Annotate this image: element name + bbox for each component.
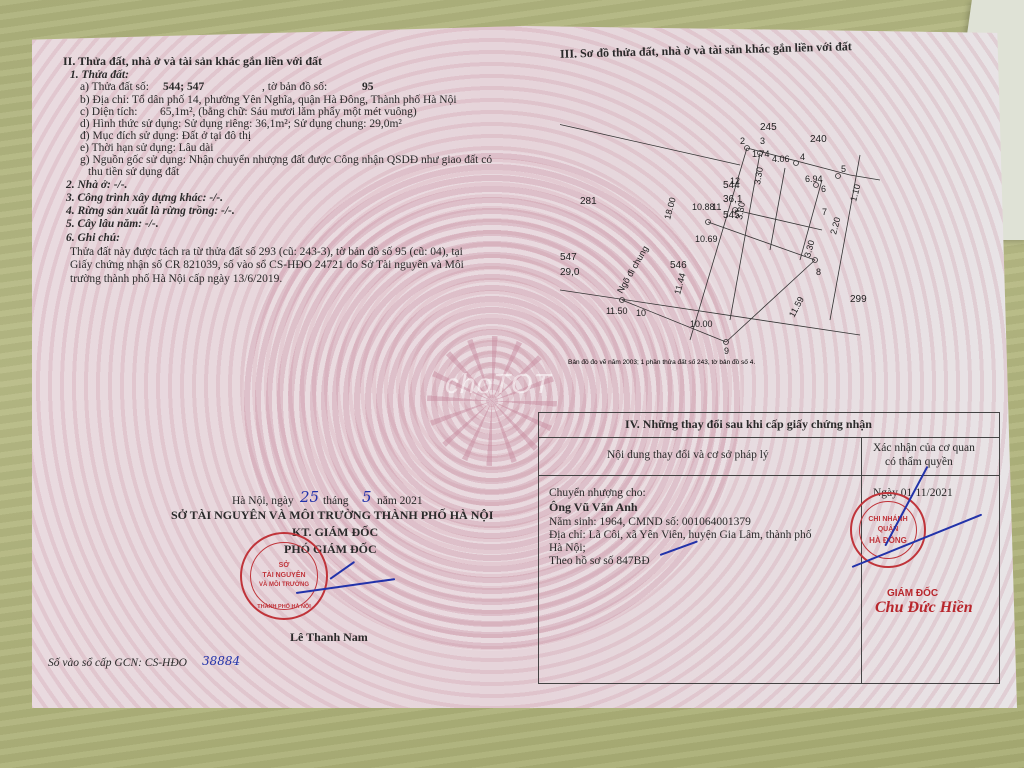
section2-heading: II. Thửa đất, nhà ở và tài sản khác gắn … (63, 55, 322, 68)
neighbor-parcel-240: 240 (810, 134, 827, 145)
col-confirm-header-1: Xác nhận của cơ quan (873, 442, 975, 455)
point-4: 4 (800, 152, 805, 162)
point-5: 5 (841, 164, 846, 174)
parcel-sketch-diagram: 245 240 281 299 544 36,1 545 546 547 29,… (560, 120, 920, 380)
edge-3-30-a: 3.30 (752, 166, 765, 185)
director-name: Chu Đức Hiền (875, 601, 973, 614)
transferee-name: Ông Vũ Văn Anh (549, 501, 638, 514)
agency-red-stamp: SỞ TÀI NGUYÊN VÀ MÔI TRƯỜNG THÀNH PHỐ HÀ… (240, 532, 328, 620)
stamp-ring-text: THÀNH PHỐ HÀ NỘI (242, 604, 326, 610)
issue-year: năm 2021 (377, 495, 423, 508)
col-content-header: Nội dung thay đổi và cơ sở pháp lý (607, 449, 769, 462)
point-1: 1 (606, 306, 611, 316)
map-sheet-value: 95 (362, 81, 374, 94)
edge-4-06: 4.06 (772, 154, 790, 164)
month-label: tháng (323, 495, 349, 508)
transfer-label: Chuyển nhượng cho: (549, 487, 646, 500)
edge-1-74: 1.74 (752, 149, 770, 159)
changes-table-header-row: Nội dung thay đổi và cơ sở pháp lý Xác n… (539, 437, 999, 476)
edge-18-00: 18.00 (662, 196, 677, 220)
map-sheet-label: , tờ bản đồ số: (262, 81, 327, 94)
point-2: 2 (740, 136, 745, 146)
issuing-agency: SỞ TÀI NGUYÊN VÀ MÔI TRƯỜNG THÀNH PHỐ HÀ… (171, 509, 493, 522)
parcel-number-label: a) Thửa đất số: (80, 81, 149, 94)
neighbor-parcel-299: 299 (850, 294, 867, 305)
signer-name: Lê Thanh Nam (290, 631, 368, 644)
issue-day: 25 (300, 491, 319, 504)
transferee-address-2: Hà Nội; (549, 542, 586, 555)
point-11: 11 (712, 202, 721, 212)
stamp-text-3: VÀ MÔI TRƯỜNG (242, 582, 326, 588)
perennial-line: 5. Cây lâu năm: -/-. (66, 218, 159, 231)
edge-1-10: 1.10 (848, 183, 862, 203)
neighbor-parcel-245: 245 (760, 122, 777, 133)
col-confirm-header-2: có thẩm quyền (885, 456, 953, 469)
point-10: 10 (636, 308, 646, 318)
registry-number: 38884 (202, 655, 240, 668)
point-7: 7 (822, 207, 827, 217)
point-3: 3 (760, 136, 765, 146)
parcel-546-id: 546 (670, 260, 687, 271)
sketch-footnote: Bản đồ đo vẽ năm 2003; 1 phần thửa đất s… (568, 357, 755, 366)
transferee-address-1: Địa chỉ: Lã Côi, xã Yên Viên, huyện Gia … (549, 529, 811, 542)
notes-heading: 6. Ghi chú: (66, 232, 120, 245)
chotot-watermark: choTOT (445, 368, 552, 400)
changes-table-title-row: IV. Những thay đổi sau khi cấp giấy chứn… (539, 413, 999, 438)
branch-red-stamp: CHI NHÁNH QUẬN HÀ ĐÔNG (850, 492, 926, 568)
issue-month: 5 (362, 491, 372, 504)
parcel-547-area: 29,0 (560, 267, 580, 278)
edge-11-44: 11.44 (672, 272, 687, 296)
parcel-547-id: 547 (560, 252, 577, 263)
file-number: Theo hồ sơ số 847BĐ (549, 555, 650, 568)
point-8: 8 (816, 267, 821, 277)
edge-3-30-c: 3.30 (802, 239, 816, 259)
alley-label: Ngõ đi chung (615, 244, 650, 295)
edge-2-20: 2.20 (828, 216, 842, 236)
edge-1-50: 1.50 (610, 306, 628, 316)
neighbor-parcel-281: 281 (580, 196, 597, 207)
notes-line-1: Thửa đất này được tách ra từ thửa đất số… (70, 246, 463, 259)
notes-line-2: Giấy chứng nhận số CR 821039, số vào sổ … (70, 259, 464, 272)
branch-stamp-text-2: QUẬN (852, 526, 924, 533)
forest-line: 4. Rừng sản xuất là rừng trồng: -/-. (66, 205, 235, 218)
edge-3-30-b: 3.30 (734, 201, 747, 220)
point-6: 6 (821, 184, 826, 194)
transferee-birth-id: Năm sinh: 1964, CMND số: 001064001379 (549, 516, 751, 529)
edge-6-94: 6.94 (805, 174, 823, 184)
section4-heading: IV. Những thay đổi sau khi cấp giấy chứn… (625, 418, 872, 431)
issue-date-prefix: Hà Nội, ngày (232, 495, 294, 508)
table-divider (861, 437, 862, 683)
registry-label: Số vào sổ cấp GCN: CS-HĐO (48, 657, 187, 670)
changes-table: IV. Những thay đổi sau khi cấp giấy chứn… (538, 412, 1000, 684)
usage-origin-2: thu tiền sử dụng đất (88, 166, 179, 179)
point-9: 9 (724, 346, 729, 356)
house-line: 2. Nhà ở: -/-. (66, 179, 127, 192)
edge-10-00: 10.00 (690, 319, 713, 329)
stamp-text-2: TÀI NGUYÊN (242, 572, 326, 579)
point-12: 12 (730, 176, 740, 186)
other-construction-line: 3. Công trình xây dựng khác: -/-. (66, 192, 223, 205)
notes-line-3: trường thành phố Hà Nội cấp ngày 13/6/20… (70, 273, 282, 286)
edge-11-59: 11.59 (787, 295, 806, 319)
stamp-text-1: SỞ (242, 562, 326, 569)
parcel-number-value: 544; 547 (163, 81, 204, 94)
edge-10-69: 10.69 (695, 234, 718, 244)
branch-stamp-text-1: CHI NHÁNH (852, 516, 924, 523)
